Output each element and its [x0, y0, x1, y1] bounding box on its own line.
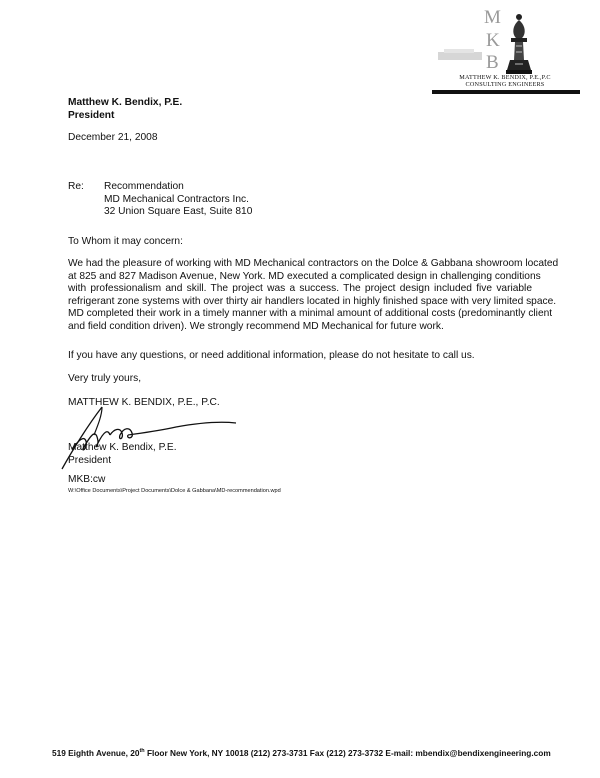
body-line: at 825 and 827 Madison Avenue, New York.…: [68, 271, 532, 284]
signer-title: President: [68, 455, 177, 468]
closing: Very truly yours,: [68, 373, 141, 386]
re-block: Recommendation MD Mechanical Contractors…: [104, 181, 252, 219]
document-file-path: W:\Office Documents\Project Documents\Do…: [68, 488, 281, 495]
body-line: refrigerant zone systems with over thirt…: [68, 296, 532, 309]
salutation: To Whom it may concern:: [68, 236, 183, 249]
monogram-letter-k: K: [486, 31, 500, 51]
letterhead-firm: MATTHEW K. BENDIX, P.E.,P.C CONSULTING E…: [430, 74, 580, 88]
typist-initials: MKB:cw: [68, 474, 105, 487]
body-paragraph: We had the pleasure of working with MD M…: [68, 258, 532, 334]
footer-contact: 519 Eighth Avenue, 20th Floor New York, …: [52, 748, 551, 758]
sender-name: Matthew K. Bendix, P.E.: [68, 97, 182, 110]
monogram-letter-m: M: [484, 8, 501, 28]
re-address: 32 Union Square East, Suite 810: [104, 206, 252, 219]
re-label: Re:: [68, 181, 84, 194]
chess-bishop-icon: [504, 12, 534, 76]
body-line: and field condition driven). We strongly…: [68, 321, 532, 334]
footer-address-start: 519 Eighth Avenue, 20: [52, 748, 139, 758]
re-subject: Recommendation: [104, 181, 252, 194]
footer-contact-details: Floor New York, NY 10018 (212) 273-3731 …: [145, 748, 551, 758]
letterhead-tagline: CONSULTING ENGINEERS: [430, 81, 580, 88]
monogram-letter-b: B: [486, 53, 499, 73]
logo-texture-mark: [436, 46, 486, 64]
letterhead-rule: [432, 90, 580, 94]
body-line: MD completed their work in a timely mann…: [68, 308, 532, 321]
sender-title: President: [68, 110, 182, 123]
re-company: MD Mechanical Contractors Inc.: [104, 194, 252, 207]
closing-question: If you have any questions, or need addit…: [68, 350, 475, 363]
body-line: with professionalism and skill. The proj…: [68, 283, 532, 296]
body-line: We had the pleasure of working with MD M…: [68, 258, 532, 271]
sender-block: Matthew K. Bendix, P.E. President: [68, 97, 182, 122]
letterhead-firm-name: MATTHEW K. BENDIX, P.E.,P.C: [430, 74, 580, 81]
signer-name: Matthew K. Bendix, P.E.: [68, 442, 177, 455]
signer-block: Matthew K. Bendix, P.E. President: [68, 442, 177, 467]
letter-date: December 21, 2008: [68, 132, 157, 145]
